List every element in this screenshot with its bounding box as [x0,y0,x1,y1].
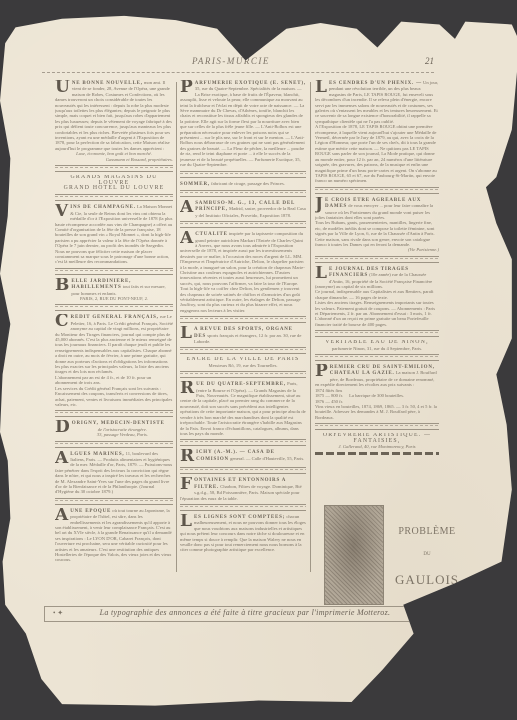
drop-cap: P [315,364,328,379]
ad-heading: UE DU QUATRE-SEPTEMBRE, [196,382,286,387]
ad-body: Paris, (entre la Bourse et l'Opéra). — G… [180,381,306,436]
ad-credit-general: C RÉDIT GÉNÉRAL FRANÇAIS, rue Le Peletie… [55,314,173,407]
separator [180,316,306,323]
ad-orfevrerie: ORFÈVRERIE ARTISTIQUE. — FANTAISIES, J. … [315,433,439,449]
page-title: PARIS-MURCIE [192,56,270,66]
drop-cap: R [180,381,194,396]
drop-cap: A [55,451,68,466]
drop-cap: U [55,80,70,95]
drop-cap: J [315,197,323,212]
illustration-title: GAULOIS [392,572,462,588]
page-header: PARIS-MURCIE 21 [42,56,434,70]
separator [180,190,306,197]
separator [315,256,439,263]
ad-journal-tirages: L E JOURNAL DES TIRAGES FINANCIERS (10e … [315,266,439,327]
separator [55,498,173,505]
ad-heading: ORIGNY, MÉDECIN-DENTISTE [72,421,165,426]
ad-body: Le Crédit général Français, Société anon… [55,321,173,375]
drop-cap: L [315,80,327,95]
ad-encre-ville-paris: ENCRE DE LA VILLE DE PARIS Messieurs Rô,… [180,357,306,368]
illustration-title: DU [392,552,462,557]
ad-address: PARIS, 2, RUE DU PONT-NEUF, 2. [55,296,173,301]
engraving-illustration [324,505,384,605]
ornament-icon: ✦ [431,609,437,617]
drop-cap: A [180,200,193,215]
separator [315,354,439,361]
dashed-separator [315,452,439,455]
separator [55,410,173,417]
ad-body: Ce journal, indispensable aux Capitalist… [315,289,439,300]
drop-cap: D [55,420,70,435]
ad-body: inspirée par la tapisserie composition d… [180,231,305,286]
ad-body: Listes des anciens tirages. Renseignemen… [315,300,439,316]
separator [55,268,173,275]
column-2: P ARFUMERIE EXOTIQUE (E. SENET), 35, rue… [180,80,306,575]
header-rule [42,72,434,73]
ad-body: sports français et étrangers, 12 fr. par… [194,333,301,344]
ad-belle-jardiniere: B ELLE JARDINIÈRE, HABILLEMENTS tout fai… [55,278,173,302]
ad-heading: ES LIGNES SONT COMPTÉES; [194,515,285,520]
ad-address: Messieurs Rô, 19, rue des Tournelles. [180,363,306,368]
ad-heading: ORFÈVRERIE ARTISTIQUE. — FANTAISIES, [315,433,439,444]
ad-actualite-delion: A CTUALITÉ inspirée par la tapisserie co… [180,231,306,313]
separator [180,504,306,511]
separator [55,441,173,448]
ad-heading: CTUALITÉ [195,232,228,237]
ad-body: chacun malheureusement, et nous ne pouvo… [180,514,306,552]
ad-revue-des-sports: L A REVUE DES SPORTS, ORGANE DES sports … [180,326,306,344]
ad-body: Un jour, pendant une révolution terrible… [315,80,438,124]
separator [55,165,173,172]
ad-body: L'abonnement par an est de 4 fr., et de … [55,375,173,386]
newspaper-page: PARIS-MURCIE 21 U NE BONNE NOUVELLE, mon… [0,0,517,720]
ad-body: A l'Exposition de 1878, LE TAPIS ROUGE o… [315,124,439,183]
drop-cap: R [180,449,194,464]
separator [180,371,306,378]
ad-cendres-phenix: L ES CENDRES D'UN PHÉNIX. — Un jour, pen… [315,80,439,184]
ad-rue-quatre-septembre: R UE DU QUATRE-SEPTEMBRE, Paris, (entre … [180,381,306,436]
column-1: U NE BONNE NOUVELLE, mon ami. Il vient d… [55,80,173,575]
ad-body: 11, boulevard des Italiens, Paris. — Pro… [55,451,172,495]
separator [180,467,306,474]
ad-address: 33, passage Verdeau, Paris. [55,432,173,437]
ad-grands-magasins-louvre: GRANDS MAGASINS DU LOUVRE GRAND HOTEL DU… [55,175,173,191]
drop-cap: C [55,314,69,329]
ad-body: mon ami. Il vient de se fonder, 28, Aven… [55,80,172,151]
ad-lignes-comptees: L ES LIGNES SONT COMPTÉES; chacun malheu… [180,514,306,553]
ad-sommer: SOMMER, fabricant de cirage, passage des… [180,181,306,187]
illustration-title: PROBLÈME [392,526,462,537]
drop-cap: V [55,204,68,219]
ad-heading: INS DE CHAMPAGNE. [70,205,136,210]
separator [315,330,439,337]
drop-cap: L [180,514,192,529]
price-table: 1874 fûtés fins 1875 — 800 fr. 1876 — 45… [315,388,439,404]
price-note: La barrique de 300 bouteilles. [349,393,404,398]
drop-cap: P [180,80,193,95]
ad-vins-champagne: V INS DE CHAMPAGNE. La Maison Monnet & C… [55,204,173,264]
ad-body: Tous les Rubans, gants, passementeries, … [315,220,439,247]
ad-eau-de-ninon: VÉRITABLE EAU DE NINON, parfumerie Ninon… [315,340,439,351]
column-divider [176,82,177,572]
ad-fontaines-filtre: F ONTAINES ET ENTONNOIRS A FILTRE. Charb… [180,477,306,501]
ad-richy: R ICHY (A.-M.). — CASA DE COMISION gener… [180,449,306,464]
ad-heading: SOMMER, [180,182,210,187]
ad-body: La Maison Monnet & Cie, la seule de Reim… [55,204,172,264]
ad-agreable-aux-dames: J E CROIS ÊTRE AGRÉABLE AUX DAMES de vou… [315,197,439,253]
separator [180,347,306,354]
drop-cap: B [55,278,69,293]
ad-heading: LGUES MARINES, [70,452,124,457]
ad-heading: ARFUMERIE EXOTIQUE (E. SENET), [195,81,306,86]
ad-dorigny-dentiste: D ORIGNY, MÉDECIN-DENTISTE de l'aristocr… [55,420,173,437]
footer-text: La typographie des annonces a été faite … [45,608,445,617]
drop-cap: L [315,266,327,281]
drop-cap: L [180,326,192,341]
separator [180,221,306,228]
page-number: 21 [425,56,434,66]
ad-body: general. — Calle d'Hauteville, 55, Paris… [230,456,304,461]
separator [315,187,439,194]
ad-signature: Gassmann et Bossard, propriétaires. [55,157,173,162]
ad-heading: UNE ÉPOQUE [70,509,111,514]
separator [315,423,439,430]
ad-body: 35, rue du Quatre-Septembre. Spécialités… [180,86,305,167]
ad-algues-marines: A LGUES MARINES, 11, boulevard des Itali… [55,451,173,495]
drop-cap: A [180,231,193,246]
ad-parfumerie-exotique: P ARFUMERIE EXOTIQUE (E. SENET), 35, rue… [180,80,306,168]
ad-heading: GRAND HOTEL DU LOUVRE [55,186,173,191]
ad-signature: (Vie Parisienne.) [315,247,439,252]
ad-bonne-nouvelle: U NE BONNE NOUVELLE, mon ami. Il vient d… [55,80,173,162]
column-3: L ES CENDRES D'UN PHÉNIX. — Un jour, pen… [315,80,439,575]
ad-lyon-dor: A UNE ÉPOQUE où tout tourne au Japonisme… [55,508,173,563]
ad-sambuso: A SAMBUSO-M. G., 13, CALLE DEL PRÍNCIPE,… [180,200,306,218]
ad-saint-emilion: P REMIER CRU DE SAINT-ÉMILION, CHATEAU L… [315,364,439,420]
drop-cap: F [180,477,192,492]
ad-heading: NE BONNE NOUVELLE, [72,81,143,86]
ad-address: J. Gallerand, 40, rue Montmorency, Paris [315,444,439,449]
ad-body: Tout la high-life va coiffer chez Delion… [180,286,306,313]
drop-cap: A [55,508,68,523]
ad-heading: ES CENDRES D'UN PHÉNIX. — [329,81,422,86]
ad-body: où tout tourne au Japonisme, la propriét… [55,508,172,563]
ad-body: L'abonné d'un an reçoit en prime gratuit… [315,316,439,327]
ad-body: Vins vieux en bouteilles, 1874, 1869, 18… [315,404,439,420]
ad-body: Les services du Crédit général Français … [55,386,173,408]
separator [180,171,306,178]
ad-heading: VÉRITABLE EAU DE NINON, [315,340,439,345]
column-divider [310,82,311,572]
separator [180,439,306,446]
separator [55,194,173,201]
separator [55,304,173,311]
footer-credit: • ✦ La typographie des annonces a été fa… [44,606,446,622]
ad-body: parfumerie Ninon, 31, rue du 4 Septembre… [315,346,439,351]
ad-body: fabricant de cirage, passage des Princes… [211,181,285,186]
ad-heading: RÉDIT GÉNÉRAL FRANÇAIS, [71,315,159,320]
